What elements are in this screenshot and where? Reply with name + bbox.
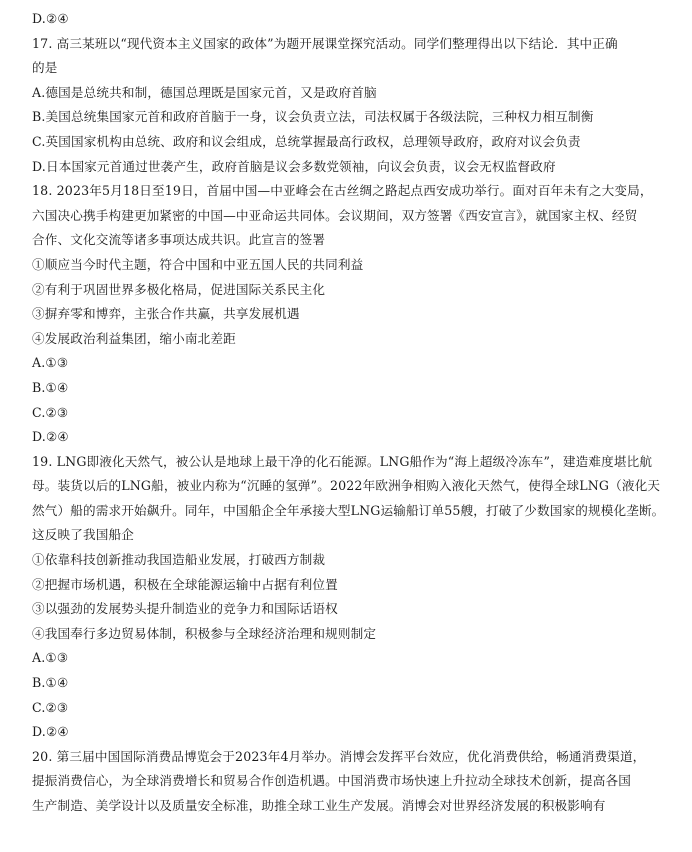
question-18-stem-line-3: 合作、文化交流等诸多事项达成共识。此宣言的签署 bbox=[32, 228, 662, 253]
question-19-stem-line-3: 然气）船的需求开始飙升。同年，中国船企全年承接大型LNG运输船订单55艘，打破了… bbox=[32, 499, 662, 524]
question-19-statement-3: ③以强劲的发展势头提升制造业的竞争力和国际话语权 bbox=[32, 597, 662, 622]
question-19-option-c: C.②③ bbox=[32, 696, 662, 721]
question-20-stem-line-1: 20. 第三届中国国际消费品博览会于2023年4月举办。消博会发挥平台效应，优化… bbox=[32, 745, 662, 770]
question-17-option-d: D.日本国家元首通过世袭产生，政府首脑是议会多数党领袖，向议会负责，议会无权监督… bbox=[32, 155, 662, 180]
question-17-option-b: B.美国总统集国家元首和政府首脑于一身，议会负责立法，司法权属于各级法院，三种权… bbox=[32, 105, 662, 130]
question-17-option-c: C.英国国家机构由总统、政府和议会组成，总统掌握最高行政权，总理领导政府，政府对… bbox=[32, 130, 662, 155]
question-18-stem-line-2: 六国决心携手构建更加紧密的中国—中亚命运共同体。会议期间，双方签署《西安宣言》，… bbox=[32, 204, 662, 229]
question-18-option-a: A.①③ bbox=[32, 351, 662, 376]
question-18-option-b: B.①④ bbox=[32, 376, 662, 401]
question-20-stem-line-3: 生产制造、美学设计以及质量安全标准，助推全球工业生产发展。消博会对世界经济发展的… bbox=[32, 794, 662, 819]
question-17-option-a: A.德国是总统共和制，德国总理既是国家元首，又是政府首脑 bbox=[32, 81, 662, 106]
question-19-statement-1: ①依靠科技创新推动我国造船业发展，打破西方制裁 bbox=[32, 548, 662, 573]
question-19-statement-4: ④我国奉行多边贸易体制，积极参与全球经济治理和规则制定 bbox=[32, 622, 662, 647]
question-19-stem-line-2: 母。装货以后的LNG船，被业内称为“沉睡的氢弹”。2022年欧洲争相购入液化天然… bbox=[32, 474, 662, 499]
question-19-option-d: D.②④ bbox=[32, 720, 662, 745]
question-18-option-c: C.②③ bbox=[32, 401, 662, 426]
question-18-statement-2: ②有利于巩固世界多极化格局，促进国际关系民主化 bbox=[32, 278, 662, 303]
question-19-stem-line-1: 19. LNG即液化天然气，被公认是地球上最干净的化石能源。LNG船作为“海上超… bbox=[32, 450, 662, 475]
question-18-stem-line-1: 18. 2023年5月18日至19日，首届中国—中亚峰会在古丝绸之路起点西安成功… bbox=[32, 179, 662, 204]
question-18-option-d: D.②④ bbox=[32, 425, 662, 450]
question-19-option-b: B.①④ bbox=[32, 671, 662, 696]
question-17: 17. 高三某班以“现代资本主义国家的政体”为题开展课堂探究活动。同学们整理得出… bbox=[32, 32, 662, 180]
question-20: 20. 第三届中国国际消费品博览会于2023年4月举办。消博会发挥平台效应，优化… bbox=[32, 745, 662, 819]
question-19-option-a: A.①③ bbox=[32, 646, 662, 671]
question-18: 18. 2023年5月18日至19日，首届中国—中亚峰会在古丝绸之路起点西安成功… bbox=[32, 179, 662, 450]
prev-question-option-d: D.②④ bbox=[32, 7, 662, 32]
question-20-stem-line-2: 提振消费信心，为全球消费增长和贸易合作创造机遇。中国消费市场快速上升拉动全球技术… bbox=[32, 769, 662, 794]
question-19-statement-2: ②把握市场机遇，积极在全球能源运输中占据有利位置 bbox=[32, 573, 662, 598]
question-18-statement-1: ①顺应当今时代主题，符合中国和中亚五国人民的共同利益 bbox=[32, 253, 662, 278]
exam-page: D.②④ 17. 高三某班以“现代资本主义国家的政体”为题开展课堂探究活动。同学… bbox=[32, 7, 662, 819]
question-19-stem-line-4: 这反映了我国船企 bbox=[32, 523, 662, 548]
question-18-statement-4: ④发展政治利益集团，缩小南北差距 bbox=[32, 327, 662, 352]
question-17-stem-line-2: 的是 bbox=[32, 56, 662, 81]
question-17-stem-line-1: 17. 高三某班以“现代资本主义国家的政体”为题开展课堂探究活动。同学们整理得出… bbox=[32, 32, 662, 57]
question-19: 19. LNG即液化天然气，被公认是地球上最干净的化石能源。LNG船作为“海上超… bbox=[32, 450, 662, 745]
question-18-statement-3: ③摒弃零和博弈，主张合作共赢，共享发展机遇 bbox=[32, 302, 662, 327]
